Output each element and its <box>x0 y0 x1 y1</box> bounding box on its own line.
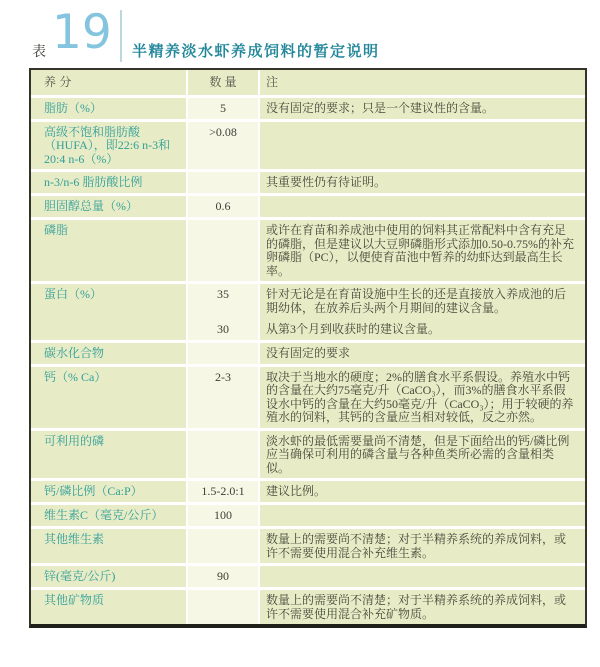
nutrient-cell: n-3/n-6 脂肪酸比例 <box>31 172 186 193</box>
note-cell <box>260 122 585 170</box>
col-header-note: 注 <box>260 70 585 95</box>
note-cell: 或许在育苗和养成池中使用的饲料其正常配料中含有充足的磷脂，但是建议以大豆卵磷脂形… <box>260 220 585 281</box>
nutrient-cell: 碳水化合物 <box>31 343 186 364</box>
table-row-carbohydrate: 碳水化合物 没有固定的要求 <box>31 343 585 364</box>
quantity-cell: 90 <box>188 566 258 587</box>
table-title: 半精养淡水虾养成饲料的暂定说明 <box>132 40 380 61</box>
table-row-other-minerals: 其他矿物质 数量上的需要尚不清楚；对于半精养系统的养成饲料，或许不需要使用混合补… <box>31 590 585 624</box>
nutrient-cell: 脂肪（%） <box>31 98 186 119</box>
note-cell <box>260 505 585 526</box>
quantity-cell <box>188 529 258 563</box>
table-row-vitamin-c: 维生素C（毫克/公斤） 100 <box>31 505 585 526</box>
quantity-cell: 100 <box>188 505 258 526</box>
quantity-value: 30 <box>190 323 256 337</box>
quantity-cell: >0.08 <box>188 122 258 170</box>
quantity-cell: 35 30 <box>188 284 258 340</box>
nutrient-cell: 钙/磷比例（Ca:P） <box>31 481 186 502</box>
col-header-quantity: 数 量 <box>188 70 258 95</box>
nutrient-cell: 其他维生素 <box>31 529 186 563</box>
document-page: 表 19 半精养淡水虾养成饲料的暂定说明 养 分 数 量 注 脂肪（%） 5 没… <box>0 0 600 667</box>
quantity-cell: 1.5-2.0:1 <box>188 481 258 502</box>
quantity-value: 35 <box>190 288 256 323</box>
table-header-row: 养 分 数 量 注 <box>31 70 585 95</box>
nutrient-cell: 锌(毫克/公斤) <box>31 566 186 587</box>
quantity-cell <box>188 590 258 624</box>
note-cell: 取决于当地水的硬度；2%的膳食水平系假设。养殖水中钙的含量在大约75毫克/升（C… <box>260 367 585 428</box>
table-number: 19 <box>52 8 112 58</box>
nutrient-cell: 高级不饱和脂肪酸（HUFA），即22:6 n-3和20:4 n-6（%） <box>31 122 186 170</box>
nutrient-cell: 可利用的磷 <box>31 431 186 479</box>
table-row-ca-p-ratio: 钙/磷比例（Ca:P） 1.5-2.0:1 建议比例。 <box>31 481 585 502</box>
note-cell: 数量上的需要尚不清楚；对于半精养系统的养成饲料，或许不需要使用混合补充矿物质。 <box>260 590 585 624</box>
quantity-cell: 2-3 <box>188 367 258 428</box>
col-header-nutrient: 养 分 <box>31 70 186 95</box>
note-cell: 其重要性仍有待证明。 <box>260 172 585 193</box>
note-cell: 建议比例。 <box>260 481 585 502</box>
table-row-fat: 脂肪（%） 5 没有固定的要求；只是一个建议性的含量。 <box>31 98 585 119</box>
quantity-cell: 5 <box>188 98 258 119</box>
nutrient-cell: 维生素C（毫克/公斤） <box>31 505 186 526</box>
table-row-phospholipid: 磷脂 或许在育苗和养成池中使用的饲料其正常配料中含有充足的磷脂，但是建议以大豆卵… <box>31 220 585 281</box>
nutrient-cell: 蛋白（%） <box>31 284 186 340</box>
quantity-cell: 0.6 <box>188 196 258 217</box>
note-text: 针对无论是在育苗设施中生长的还是直接放入养成池的后期幼体，在放养后头两个月期间的… <box>266 288 577 315</box>
table-row-available-phosphorus: 可利用的磷 淡水虾的最低需要量尚不清楚，但是下面给出的钙/磷比例应当确保可利用的… <box>31 431 585 479</box>
table-row-zinc: 锌(毫克/公斤) 90 <box>31 566 585 587</box>
quantity-cell <box>188 220 258 281</box>
table-caption: 表 19 半精养淡水虾养成饲料的暂定说明 <box>0 0 600 70</box>
note-cell: 没有固定的要求；只是一个建议性的含量。 <box>260 98 585 119</box>
quantity-cell <box>188 343 258 364</box>
nutrient-cell: 胆固醇总量（%） <box>31 196 186 217</box>
table-row-fatty-acid-ratio: n-3/n-6 脂肪酸比例 其重要性仍有待证明。 <box>31 172 585 193</box>
quantity-cell <box>188 172 258 193</box>
nutrient-cell: 磷脂 <box>31 220 186 281</box>
note-cell: 数量上的需要尚不清楚；对于半精养系统的养成饲料，或许不需要使用混合补充维生素。 <box>260 529 585 563</box>
table-row-hufa: 高级不饱和脂肪酸（HUFA），即22:6 n-3和20:4 n-6（%） >0.… <box>31 122 585 170</box>
note-cell: 淡水虾的最低需要量尚不清楚，但是下面给出的钙/磷比例应当确保可利用的磷含量与各种… <box>260 431 585 479</box>
note-cell: 没有固定的要求 <box>260 343 585 364</box>
nutrient-spec-table: 养 分 数 量 注 脂肪（%） 5 没有固定的要求；只是一个建议性的含量。 高级… <box>29 68 587 628</box>
caption-divider-line <box>120 10 122 62</box>
note-cell <box>260 196 585 217</box>
table-row-cholesterol: 胆固醇总量（%） 0.6 <box>31 196 585 217</box>
table-row-calcium: 钙（% Ca） 2-3 取决于当地水的硬度；2%的膳食水平系假设。养殖水中钙的含… <box>31 367 585 428</box>
table-row-protein: 蛋白（%） 35 30 针对无论是在育苗设施中生长的还是直接放入养成池的后期幼体… <box>31 284 585 340</box>
note-cell: 针对无论是在育苗设施中生长的还是直接放入养成池的后期幼体，在放养后头两个月期间的… <box>260 284 585 340</box>
quantity-cell <box>188 431 258 479</box>
note-text: 从第3个月到收获时的建议含量。 <box>266 323 577 337</box>
nutrient-cell: 钙（% Ca） <box>31 367 186 428</box>
table-row-other-vitamins: 其他维生素 数量上的需要尚不清楚；对于半精养系统的养成饲料，或许不需要使用混合补… <box>31 529 585 563</box>
nutrient-cell: 其他矿物质 <box>31 590 186 624</box>
table-word-label: 表 <box>32 41 46 61</box>
note-cell <box>260 566 585 587</box>
